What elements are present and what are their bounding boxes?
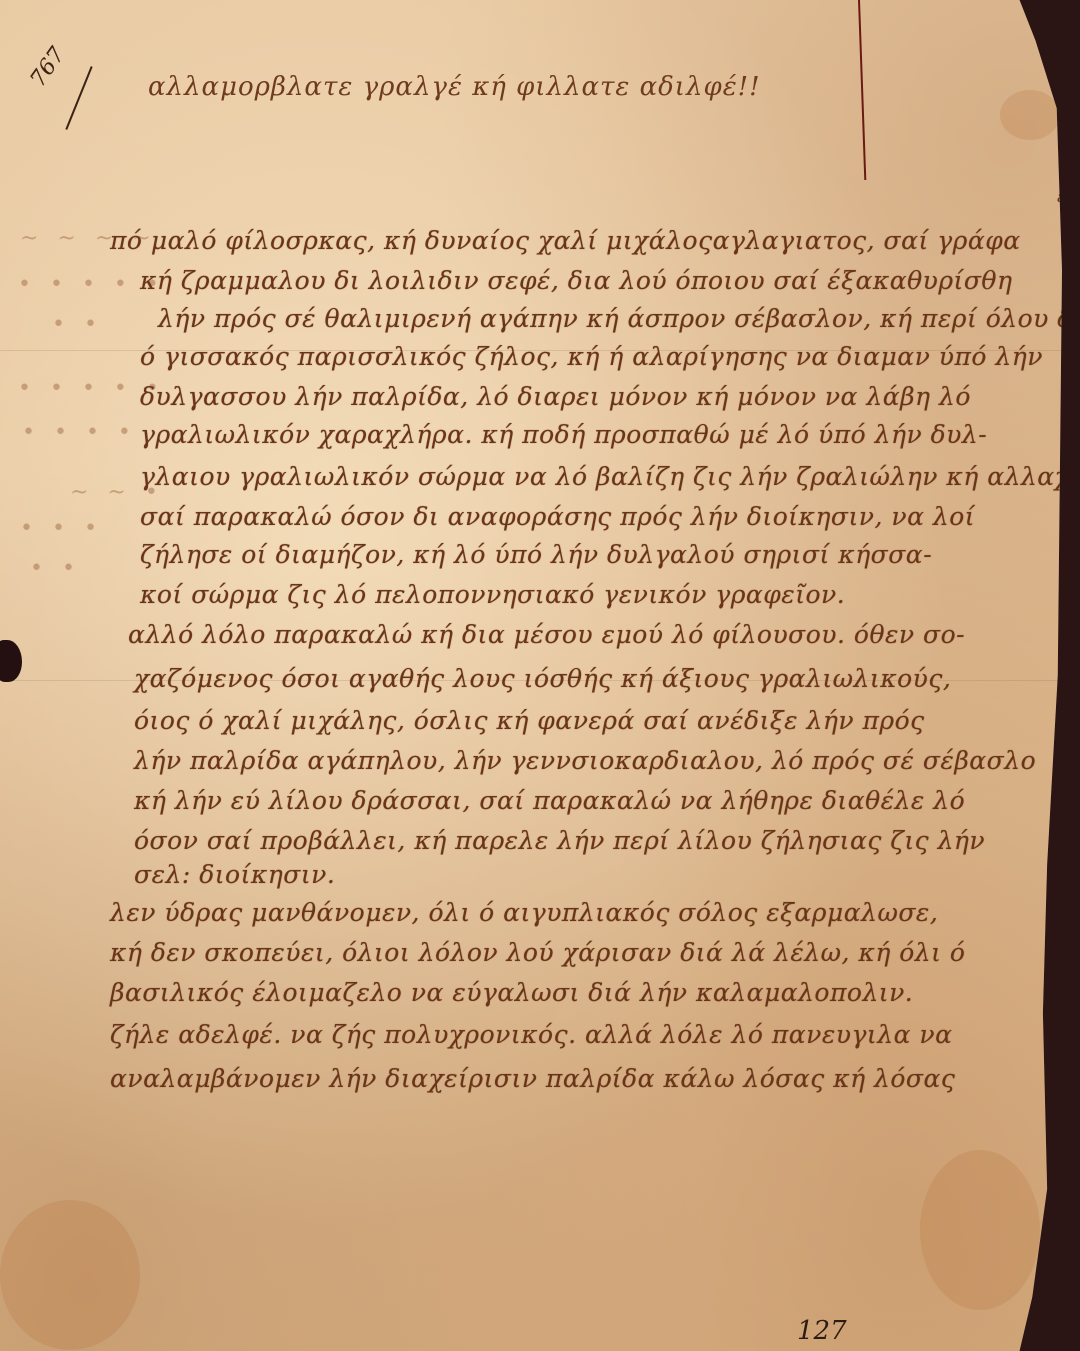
manuscript-line: όιος ό χαλί μιχάλης, όσλις κή φανερά σαί…	[134, 706, 925, 735]
vertical-rule-line	[858, 0, 866, 180]
manuscript-line: γραλιωλικόν χαραχλήρα. κή ποδή προσπαθώ …	[140, 420, 987, 449]
manuscript-page: 767 αλλαμορβλατε γραλγέ κή φιλλατε αδιλφ…	[0, 0, 1062, 1351]
archive-number-slash	[65, 66, 92, 130]
manuscript-line: κή δεν σκοπεύει, όλιοι λόλον λού χάρισαν…	[110, 938, 965, 967]
manuscript-line: κή λήν εύ λίλου δράσσαι, σαί παρακαλώ να…	[134, 786, 965, 815]
manuscript-line: όσον σαί προβάλλει, κή παρελε λήν περί λ…	[134, 826, 985, 855]
manuscript-line: αλλό λόλο παρακαλώ κή δια μέσου εμού λό …	[128, 620, 965, 649]
manuscript-line: λήν παλρίδα αγάπηλου, λήν γεννσιοκαρδιαλ…	[134, 746, 1036, 775]
ink-offset-mark: • • • •	[22, 420, 137, 445]
folio-number: 127	[797, 1316, 847, 1346]
margin-mark: ε	[1057, 186, 1067, 207]
manuscript-line: πό μαλό φίλοσρκας, κή δυναίος χαλί μιχάλ…	[110, 226, 1021, 255]
manuscript-line: ό γισσακός παρισσλικός ζήλος, κή ή αλαρί…	[140, 342, 1043, 371]
manuscript-line: αναλαμβάνομεν λήν διαχείρισιν παλρίδα κά…	[110, 1064, 955, 1093]
manuscript-line: δυλγασσου λήν παλρίδα, λό διαρει μόνον κ…	[140, 382, 971, 411]
manuscript-line: ζήλε αδελφέ. να ζής πολυχρονικός. αλλά λ…	[110, 1020, 952, 1049]
ink-offset-mark: • •	[52, 312, 103, 337]
letter-heading: αλλαμορβλατε γραλγέ κή φιλλατε αδιλφέ!!	[148, 72, 761, 102]
manuscript-line: λήν πρός σέ θαλιμιρενή αγάπην κή άσπρον …	[158, 304, 1080, 333]
ink-offset-mark: • • •	[20, 516, 103, 541]
manuscript-line: ζήλησε οί διαμήζον, κή λό ύπό λήν δυλγαλ…	[140, 540, 932, 569]
water-stain	[1000, 90, 1060, 140]
manuscript-line: κή ζραμμαλου δι λοιλιδιν σεφέ, δια λού ό…	[140, 266, 1012, 295]
ink-offset-mark: • •	[30, 556, 81, 581]
manuscript-line: βασιλικός έλοιμαζελο να εύγαλωσι διά λήν…	[110, 978, 913, 1007]
manuscript-line: σαί παρακαλώ όσον δι αναφοράσης πρός λήν…	[140, 502, 975, 531]
archive-number: 767	[26, 43, 71, 92]
manuscript-line: κοί σώρμα ζις λό πελοποννησιακό γενικόν …	[140, 580, 845, 609]
water-stain	[0, 1200, 140, 1350]
manuscript-line: σελ: διοίκησιν.	[134, 860, 335, 889]
manuscript-line: λεν ύδρας μανθάνομεν, όλι ό αιγυπλιακός …	[110, 898, 938, 927]
manuscript-line: γλαιου γραλιωλικόν σώρμα να λό βαλίζη ζι…	[140, 462, 1080, 491]
water-stain	[920, 1150, 1040, 1310]
manuscript-line: χαζόμενος όσοι αγαθής λους ιόσθής κή άξι…	[134, 664, 951, 693]
